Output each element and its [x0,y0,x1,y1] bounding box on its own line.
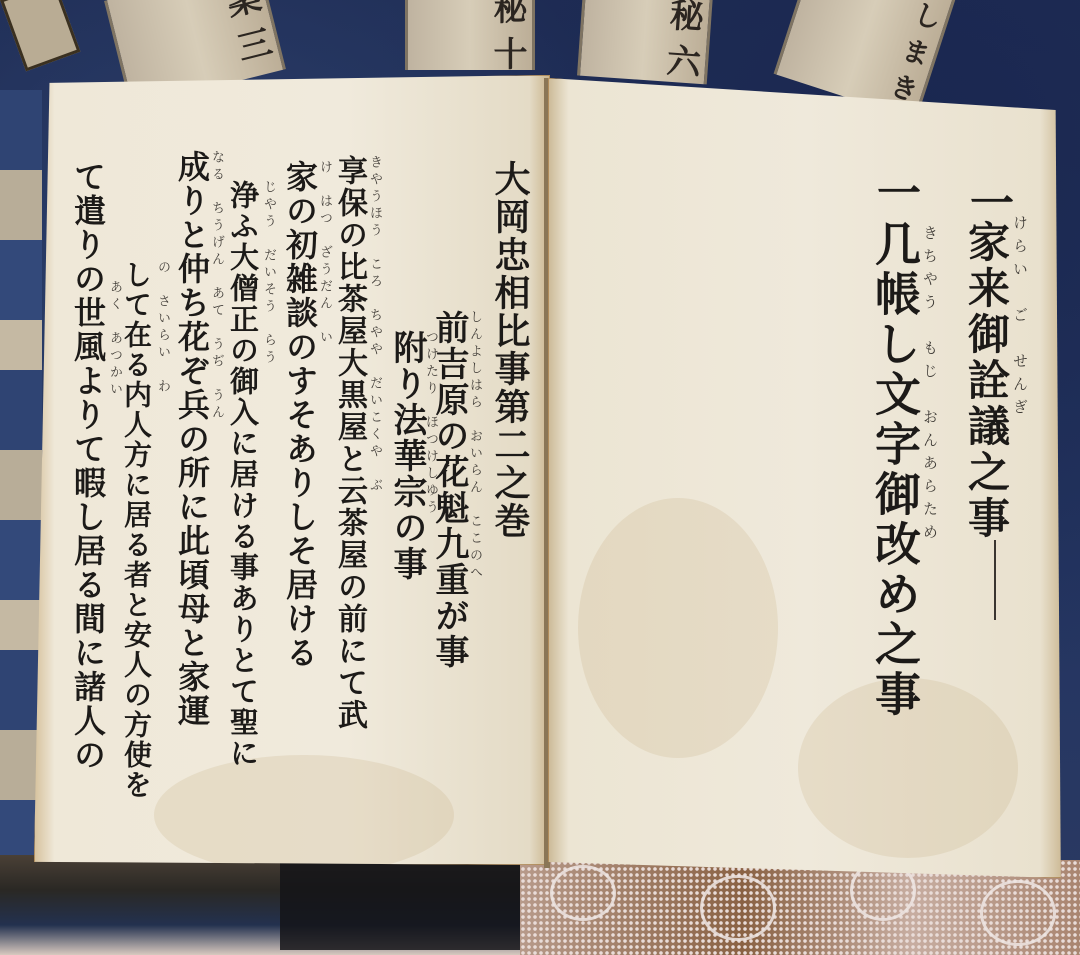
slip-text: 秘 六 [655,0,709,79]
ruby-column-6: なる ちうげん あて うぢ うん [210,150,223,422]
text-column-6: 成りと仲ち花ぞ兵の所に此頃母と家運 [176,150,208,728]
entry-2-text: 几帳し文字御改め之事 [872,220,918,720]
entry-1-text: 家来御詮議之事 [965,220,1007,542]
ruby-column-4: け はつ ざうだん い [318,160,331,347]
text-column-3: 享保の比茶屋大黒屋と云茶屋の前にて武 [334,155,364,731]
ruby-column-5: じやう だいそう らう [262,180,275,367]
continuation-line [994,540,996,620]
book-shadow [280,860,530,950]
paper-stain [154,755,454,875]
ruby-column-3: きやうほう ころ ちやや だいこくや ぶ [368,155,381,495]
entry-2-ruby: きちやう もじ おんあらため [922,225,937,547]
title-slip-2: 秘 十 [405,0,535,70]
slip-text: 秘 十 [483,0,532,70]
photo-scene: 案 三 秘 十 秘 六 し ま き 大岡忠相比事第二之巻 前吉原の花魁九重が事 … [0,0,1080,955]
left-book-stack [0,90,42,870]
lace-flower [550,865,616,921]
text-column-8: て遣りの世風よりて暇し居る間に諸人の [72,160,104,772]
title-slip-3: 秘 六 [577,0,713,84]
ruby-column-8: あく あつかい [108,280,121,399]
entry-2-marker: 一 [872,170,916,218]
ruby-column-7: の さいらい わ [156,260,169,396]
text-column-5: 浄ふ大僧正の御入に居ける事ありとて聖に [228,180,257,769]
text-column-2: 附り法華宗の事 [390,330,424,582]
lace-flower [700,875,776,941]
text-column-7: して在る内人方に居る者と安人の方使を [122,260,150,800]
entry-1-ruby: けらい ご せんぎ [1012,215,1027,422]
text-column-4: 家の初雑談のすそありしそ居ける [284,160,316,670]
ruby-column-1: しんよしはら おいらん ここのへ [468,310,481,582]
paper-stain [578,498,778,758]
chapter-title: 大岡忠相比事第二之巻 [492,160,528,540]
slip-text: 案 三 [213,0,280,67]
lace-flower [980,880,1056,946]
ruby-column-2: つけたり ほつけしゆう [424,330,437,517]
